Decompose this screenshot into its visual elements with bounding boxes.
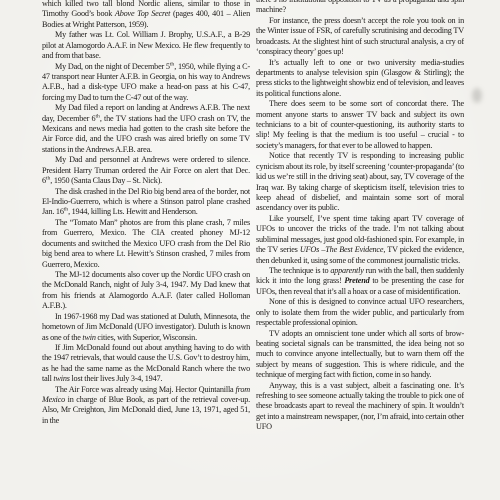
paragraph: Like yourself, I’ve spent time taking ap… bbox=[256, 214, 464, 266]
text-run: There does seem to be some sort of conco… bbox=[256, 99, 464, 150]
paragraph: TV adopts an omniscient tone under which… bbox=[256, 329, 464, 381]
scan-smudge bbox=[472, 88, 482, 103]
paragraph: In 1967-1968 my Dad was stationed at Dul… bbox=[42, 312, 250, 343]
text-run: in charge of Blue Book, as part of the r… bbox=[42, 395, 250, 425]
text-run: The Air Force was already using Maj. Hec… bbox=[55, 385, 236, 394]
paragraph: None of this is designed to convince act… bbox=[256, 297, 464, 328]
text-run: twin bbox=[82, 333, 95, 342]
paragraph: there’s no institutional opposition to T… bbox=[256, 0, 464, 16]
text-run: Above Top Secret bbox=[115, 9, 170, 18]
paragraph: It’s actually left to one or two univers… bbox=[256, 58, 464, 100]
text-run: , 1944, killing Lts. Hewitt and Henderso… bbox=[68, 207, 198, 216]
right-column: there’s no institutional opposition to T… bbox=[256, 0, 464, 500]
paragraph: The technique is to apparently run with … bbox=[256, 266, 464, 297]
text-run: twins bbox=[53, 374, 69, 383]
text-run: My father was Lt. Col. William J. Brophy… bbox=[42, 30, 250, 60]
text-run: Pretend bbox=[344, 276, 369, 285]
text-run: The MJ-12 documents also cover up the No… bbox=[42, 270, 250, 310]
text-run: The technique is to bbox=[269, 266, 330, 275]
text-run: Notice that recently TV is responding to… bbox=[256, 151, 464, 212]
text-run: For instance, the press doesn’t accept t… bbox=[256, 16, 464, 56]
text-run: cities, with Superior, Wisconsin. bbox=[96, 333, 197, 342]
paragraph: My Dad filed a report on landing at Andr… bbox=[42, 103, 250, 155]
text-run: there’s no institutional opposition to T… bbox=[256, 0, 464, 14]
text-run: None of this is designed to convince act… bbox=[256, 297, 464, 327]
paragraph: There does seem to be some sort of conco… bbox=[256, 99, 464, 151]
text-run: apparently bbox=[330, 266, 363, 275]
text-run: UFOs –The Best Evidence bbox=[300, 245, 383, 254]
text-run: The “Tomato Man” photos are from this pl… bbox=[42, 218, 250, 269]
text-run: TV adopts an omniscient tone under which… bbox=[256, 329, 464, 380]
paragraph: Anyway, this is a vast subject, albeit a… bbox=[256, 381, 464, 433]
text-run: , 1950 (Santa Claus Day – St. Nick). bbox=[50, 176, 162, 185]
paragraph: The MJ-12 documents also cover up the No… bbox=[42, 270, 250, 312]
paragraph: My Dad and personnel at Andrews were ord… bbox=[42, 155, 250, 186]
left-column: which killed two tall blond Nordic alien… bbox=[42, 0, 250, 500]
paragraph: If Jim McDonald found out about anything… bbox=[42, 343, 250, 385]
paragraph: The Air Force was already using Maj. Hec… bbox=[42, 385, 250, 427]
paragraph: which killed two tall blond Nordic alien… bbox=[42, 0, 250, 30]
paragraph: My Dad, on the night of December 5th, 19… bbox=[42, 62, 250, 104]
paragraph: The “Tomato Man” photos are from this pl… bbox=[42, 218, 250, 270]
paragraph: For instance, the press doesn’t accept t… bbox=[256, 16, 464, 58]
paragraph: Notice that recently TV is responding to… bbox=[256, 151, 464, 214]
paragraph: The disk crashed in the Del Rio big bend… bbox=[42, 187, 250, 218]
text-run: My Dad, on the night of December 5 bbox=[55, 62, 170, 71]
text-run: Anyway, this is a vast subject, albeit a… bbox=[256, 381, 464, 432]
document-page: which killed two tall blond Nordic alien… bbox=[0, 0, 500, 500]
paragraph: My father was Lt. Col. William J. Brophy… bbox=[42, 30, 250, 61]
text-run: It’s actually left to one or two univers… bbox=[256, 58, 464, 98]
text-run: lost their lives July 3-4, 1947. bbox=[70, 374, 162, 383]
